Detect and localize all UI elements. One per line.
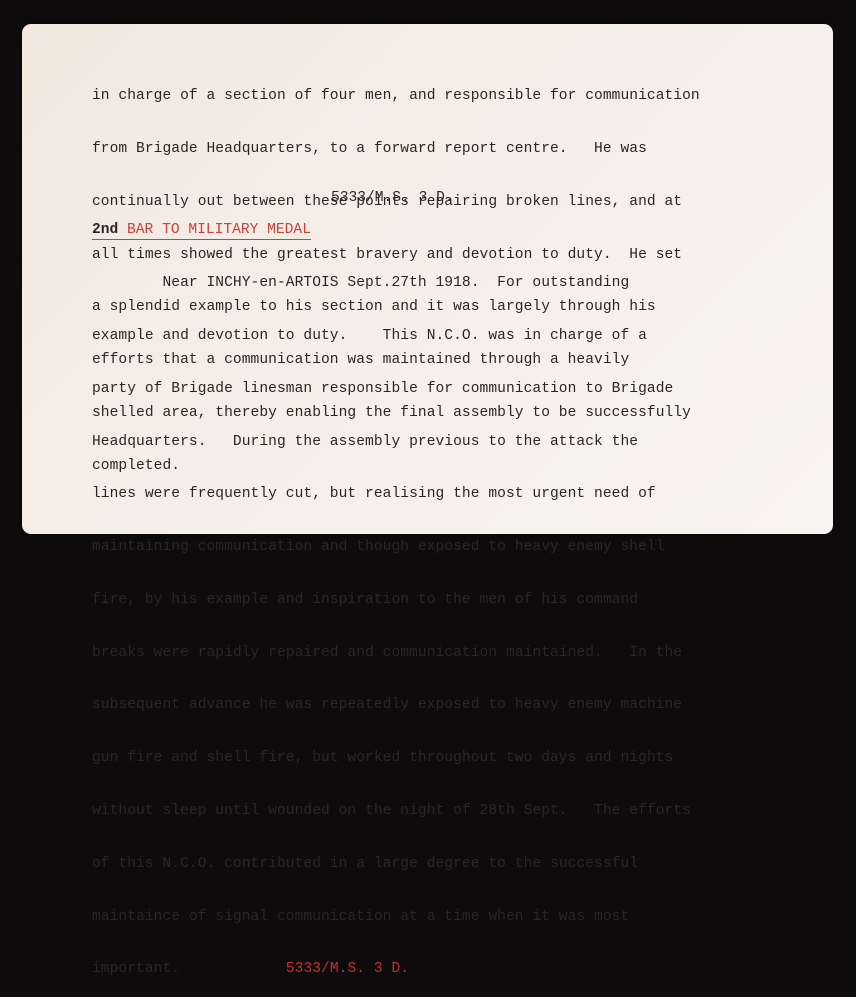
text-line: maintaining communication and though exp… (92, 539, 691, 557)
heading-title: BAR TO MILITARY MEDAL (118, 222, 311, 238)
text-line: in charge of a section of four men, and … (92, 88, 700, 106)
text-line: example and devotion to duty. This N.C.O… (92, 328, 691, 346)
heading-ordinal: 2nd (92, 222, 118, 238)
reference-number-1: 5333/M.S. 3 D. (331, 190, 454, 206)
citation-paragraph-2: Near INCHY-en-ARTOIS Sept.27th 1918. For… (92, 240, 691, 557)
text-line: from Brigade Headquarters, to a forward … (92, 141, 700, 159)
text-line: Near INCHY-en-ARTOIS Sept.27th 1918. For… (92, 275, 691, 293)
text-line: Headquarters. During the assembly previo… (92, 434, 691, 452)
text-line: party of Brigade linesman responsible fo… (92, 381, 691, 399)
section-heading: 2nd BAR TO MILITARY MEDAL (92, 222, 311, 240)
text-line: lines were frequently cut, but realising… (92, 486, 691, 504)
